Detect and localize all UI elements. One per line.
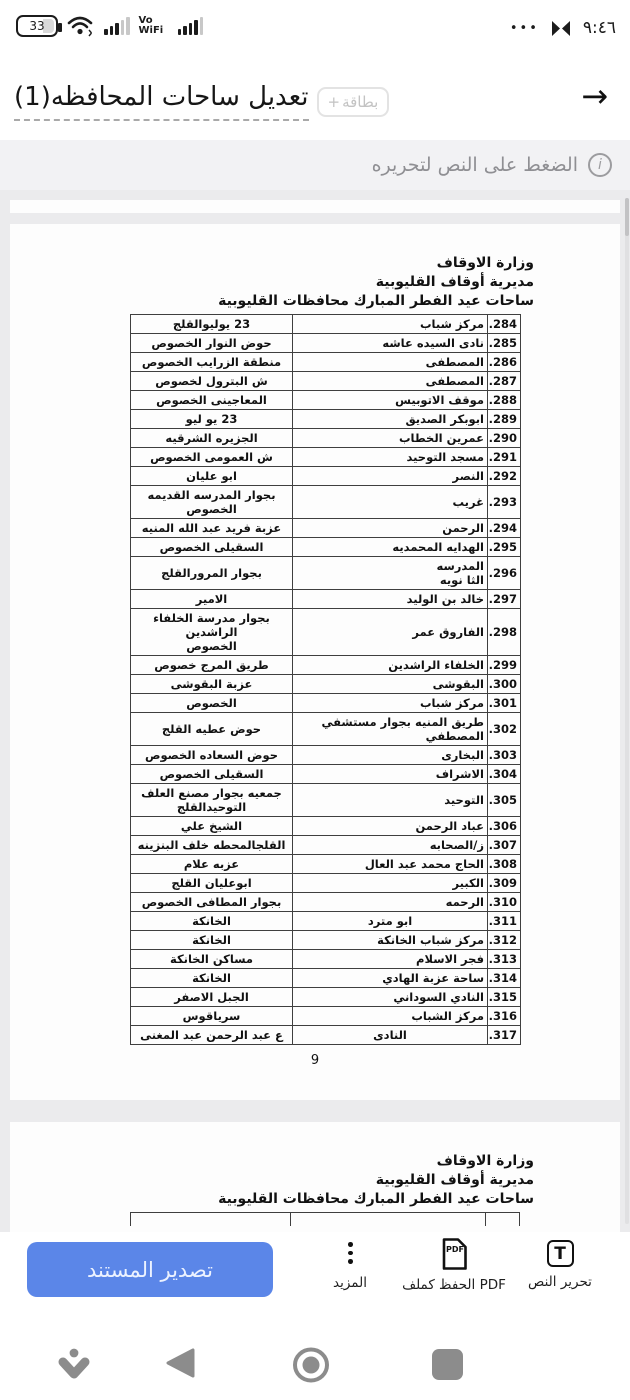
square-name-cell[interactable]: التوحيد [293,784,488,817]
square-name-cell[interactable]: عمرين الخطاب [293,429,488,448]
square-name-cell[interactable]: الرحمه [293,893,488,912]
square-name-cell[interactable]: الخلفاء الراشدين [293,656,488,675]
square-location-cell[interactable]: 23 يوليوالقلج [131,315,293,334]
table-row: 295. الهدايه المحمديه السقيلى الخصوص [131,538,521,557]
table-row: 317. النادى ع عبد الرحمن عبد المغنى [131,1026,521,1045]
square-location-cell[interactable]: الامير [131,590,293,609]
battery-level: 33 [29,19,44,33]
clock: ٩:٤٦ [583,18,616,38]
screen: 33 Vo WiFi ••• ٩:٤٦ [0,0,630,1400]
row-number-cell[interactable]: 288. [488,391,521,410]
row-number-cell[interactable]: 305. [488,784,521,817]
plus-icon: + [328,93,341,111]
back-nav-icon[interactable] [164,1347,196,1379]
card-badge-label: بطاقة [342,93,378,111]
square-location-cell[interactable]: ش البترول لخصوص [131,372,293,391]
square-name-cell[interactable]: الحاج محمد عبد العال [293,855,488,874]
table-row: 291. مسجد التوحيد ش العمومى الخصوص [131,448,521,467]
table-row: 314. ساحة عزبة الهادي الخانكة [131,969,521,988]
status-right-cluster: ••• ٩:٤٦ [510,18,616,38]
signal-bars-sim1 [104,17,130,35]
row-number-cell[interactable]: 304. [488,765,521,784]
square-name-cell[interactable]: مركز شباب الخانكة [293,931,488,950]
square-name-cell[interactable]: ابو مترد [293,912,488,931]
edit-text-button[interactable]: T تحرير النص [512,1238,608,1291]
wifi-icon [67,15,95,37]
back-arrow-icon[interactable]: → [581,80,608,112]
table-row: 285. نادى السيده عاشه حوض النوار الخصوص [131,334,521,353]
ministry-line[interactable]: وزارة الاوقاف [10,254,534,273]
svg-text:PDF: PDF [446,1245,464,1254]
square-name-cell[interactable]: مركز شباب [293,315,488,334]
square-name-cell[interactable]: النادي السوداني [293,988,488,1007]
scrollbar-thumb[interactable] [625,198,629,236]
row-number-cell[interactable]: 310. [488,893,521,912]
square-location-cell[interactable]: سرياقوس [131,1007,293,1026]
square-name-cell[interactable]: خالد بن الوليد [293,590,488,609]
square-location-cell[interactable]: بجوار المطافى الخصوص [131,893,293,912]
row-number-cell[interactable]: 289. [488,410,521,429]
row-number-cell[interactable]: 286. [488,353,521,372]
document-viewer[interactable]: وزارة الاوقاف مديرية أوقاف القليوبية ساح… [0,190,630,1232]
row-number-cell[interactable]: 287. [488,372,521,391]
row-number-cell[interactable]: 295. [488,538,521,557]
row-number-cell[interactable]: 316. [488,1007,521,1026]
row-number-cell[interactable]: 298. [488,609,521,656]
square-name-cell[interactable]: البقوشى [293,675,488,694]
square-name-cell[interactable]: غريب [293,486,488,519]
square-location-cell[interactable]: مساكن الخانكة [131,950,293,969]
row-number-cell[interactable]: 311. [488,912,521,931]
table-row: 311. ابو مترد الخانكة [131,912,521,931]
table-row: 296. المدرسه الثا نويه بجوار المرورالقلج [131,557,521,590]
square-location-cell[interactable]: ابوعليان القلج [131,874,293,893]
square-name-cell[interactable]: عباد الرحمن [293,817,488,836]
status-bar: 33 Vo WiFi ••• ٩:٤٦ [0,0,630,56]
page-8-bottom-sliver [10,200,620,213]
square-name-cell[interactable]: المصطفى [293,353,488,372]
more-label: المزيد [333,1274,367,1292]
row-number-cell[interactable]: 293. [488,486,521,519]
row-number-cell[interactable]: 300. [488,675,521,694]
square-location-cell[interactable]: السقيلى الخصوص [131,765,293,784]
document-header-lines: وزارة الاوقاف مديرية أوقاف القليوبية ساح… [10,254,620,311]
table-row: 304. الاشراف السقيلى الخصوص [131,765,521,784]
row-number-cell[interactable]: 299. [488,656,521,675]
row-number-cell[interactable]: 313. [488,950,521,969]
app-header: تعديل ساحات المحافظه(1) + بطاقة → [0,56,630,140]
table-row: 288. موقف الاتوبيس المعاجينى الخصوص [131,391,521,410]
square-location-cell[interactable]: ش العمومى الخصوص [131,448,293,467]
square-name-cell[interactable]: موقف الاتوبيس [293,391,488,410]
table-row: 284. مركز شباب 23 يوليوالقلج [131,315,521,334]
square-name-cell[interactable]: البخارى [293,746,488,765]
row-number-cell[interactable]: 301. [488,694,521,713]
square-location-cell[interactable]: حوض عطيه القلج [131,713,293,746]
ministry-line[interactable]: وزارة الاوقاف [10,1152,534,1171]
square-name-cell[interactable]: النصر [293,467,488,486]
square-name-cell[interactable]: ابوبكر الصديق [293,410,488,429]
square-location-cell[interactable]: المعاجينى الخصوص [131,391,293,410]
square-location-cell[interactable]: عزبه علام [131,855,293,874]
square-name-cell[interactable]: الهدايه المحمديه [293,538,488,557]
table-row: 312. مركز شباب الخانكة الخانكة [131,931,521,950]
square-name-cell[interactable]: الكبير [293,874,488,893]
more-button[interactable]: المزيد [306,1238,394,1292]
square-name-cell[interactable]: ز/الصحابه [293,836,488,855]
table-row: 294. الرحمن عزبة فريد عبد الله المنيه [131,519,521,538]
row-number-cell[interactable]: 314. [488,969,521,988]
table-row: 313. فجر الاسلام مساكن الخانكة [131,950,521,969]
square-location-cell[interactable]: بجوار المدرسه القديمه الخصوص [131,486,293,519]
hide-nav-icon[interactable] [56,1347,92,1381]
squares-table: 284. مركز شباب 23 يوليوالقلج 285. نادى ا… [130,314,521,1045]
square-location-cell[interactable]: الخانكة [131,931,293,950]
document-header-lines-next: وزارة الاوقاف مديرية أوقاف القليوبية ساح… [10,1152,620,1209]
row-number-cell[interactable]: 297. [488,590,521,609]
table-row: 299. الخلفاء الراشدين طريق المرج خصوص [131,656,521,675]
table-row: 301. مركز شباب الخصوص [131,694,521,713]
square-location-cell[interactable]: الجبل الاصفر [131,988,293,1007]
info-hint-text: الضغط على النص لتحريره [372,154,578,176]
square-location-cell[interactable]: عزبة البقوشى [131,675,293,694]
table-row: 297. خالد بن الوليد الامير [131,590,521,609]
pdf-file-icon: PDF [441,1238,467,1270]
row-number-cell[interactable]: 307. [488,836,521,855]
table-row: 308. الحاج محمد عبد العال عزبه علام [131,855,521,874]
vowifi-label: Vo WiFi [139,16,169,36]
table-row: 309. الكبير ابوعليان القلج [131,874,521,893]
row-number-cell[interactable]: 292. [488,467,521,486]
square-name-cell[interactable]: المدرسه الثا نويه [293,557,488,590]
square-name-cell[interactable]: الرحمن [293,519,488,538]
square-name-cell[interactable]: فجر الاسلام [293,950,488,969]
square-location-cell[interactable]: عزبة فريد عبد الله المنيه [131,519,293,538]
row-number-cell[interactable]: 303. [488,746,521,765]
row-number-cell[interactable]: 312. [488,931,521,950]
signal-bars-sim2 [178,17,204,35]
square-location-cell[interactable]: بجوار مدرسة الخلفاء الراشدين الخصوص [131,609,293,656]
directorate-line[interactable]: مديرية أوقاف القليوبية [10,273,534,292]
square-location-cell[interactable]: حوض السعاده الخصوص [131,746,293,765]
table-row: 300. البقوشى عزبة البقوشى [131,675,521,694]
save-as-pdf-button[interactable]: PDF الحفظ كملف PDF [398,1238,510,1294]
table-row: 303. البخارى حوض السعاده الخصوص [131,746,521,765]
square-location-cell[interactable]: الجزيره الشرقيه [131,429,293,448]
row-number-cell[interactable]: 302. [488,713,521,746]
table-row: 293. غريب بجوار المدرسه القديمه الخصوص [131,486,521,519]
battery-icon: 33 [16,15,58,37]
table-row: 307. ز/الصحابه القلجالمحطه خلف البنزينه [131,836,521,855]
square-location-cell[interactable]: الخانكة [131,912,293,931]
doc-subject-line[interactable]: ساحات عيد الفطر المبارك محافظات القليوبي… [10,292,534,311]
status-left-cluster: 33 Vo WiFi [16,15,203,37]
table-row: 287. المصطفى ش البترول لخصوص [131,372,521,391]
notification-overflow-dots: ••• [510,21,539,36]
page-number: 9 [10,1053,620,1068]
export-document-button[interactable]: تصدير المستند [27,1242,273,1297]
square-location-cell[interactable]: منطقة الزرايب الخصوص [131,353,293,372]
row-number-cell[interactable]: 291. [488,448,521,467]
row-number-cell[interactable]: 308. [488,855,521,874]
info-hint-bar: الضغط على النص لتحريره i [0,140,630,190]
row-number-cell[interactable]: 306. [488,817,521,836]
table-row: 316. مركز الشباب سرياقوس [131,1007,521,1026]
square-name-cell[interactable]: الفاروق عمر [293,609,488,656]
row-number-cell[interactable]: 285. [488,334,521,353]
table-row: 302. طريق المنيه بجوار مستشفي المصطفي حو… [131,713,521,746]
system-nav-bar [0,1330,630,1400]
edit-text-label: تحرير النص [528,1273,592,1291]
square-location-cell[interactable]: 23 يو ليو [131,410,293,429]
square-location-cell[interactable]: الخصوص [131,694,293,713]
directorate-line[interactable]: مديرية أوقاف القليوبية [10,1171,534,1190]
square-location-cell[interactable]: ابو عليان [131,467,293,486]
kebab-menu-icon [348,1238,353,1268]
square-location-cell[interactable]: الشيخ علي [131,817,293,836]
square-location-cell[interactable]: القلجالمحطه خلف البنزينه [131,836,293,855]
text-edit-icon: T [547,1240,574,1267]
square-location-cell[interactable]: السقيلى الخصوص [131,538,293,557]
document-title-wrap: تعديل ساحات المحافظه(1) + بطاقة [14,82,389,121]
square-name-cell[interactable]: نادى السيده عاشه [293,334,488,353]
bottom-toolbar: تصدير المستند المزيد PDF الحفظ كملف PDF … [0,1232,630,1330]
table-row: 289. ابوبكر الصديق 23 يو ليو [131,410,521,429]
square-name-cell[interactable]: مسجد التوحيد [293,448,488,467]
page-10-top-sliver: وزارة الاوقاف مديرية أوقاف القليوبية ساح… [10,1122,620,1232]
squares-table-body: 284. مركز شباب 23 يوليوالقلج 285. نادى ا… [131,315,521,1045]
square-location-cell[interactable]: ع عبد الرحمن عبد المغنى [131,1026,293,1045]
table-row: 315. النادي السوداني الجبل الاصفر [131,988,521,1007]
bowtie-notification-icon [551,20,571,37]
row-number-cell[interactable]: 284. [488,315,521,334]
row-number-cell[interactable]: 294. [488,519,521,538]
row-number-cell[interactable]: 315. [488,988,521,1007]
row-number-cell[interactable]: 317. [488,1026,521,1045]
row-number-cell[interactable]: 296. [488,557,521,590]
table-row: 306. عباد الرحمن الشيخ علي [131,817,521,836]
square-name-cell[interactable]: المصطفى [293,372,488,391]
scrollbar-track [625,198,629,1224]
row-number-cell[interactable]: 309. [488,874,521,893]
square-name-cell[interactable]: مركز الشباب [293,1007,488,1026]
home-nav-icon[interactable] [292,1347,330,1383]
square-location-cell[interactable]: طريق المرج خصوص [131,656,293,675]
square-location-cell[interactable]: بجوار المرورالقلج [131,557,293,590]
table-row: 305. التوحيد جمعيه بجوار مصنع العلف التو… [131,784,521,817]
row-number-cell[interactable]: 290. [488,429,521,448]
square-location-cell[interactable]: حوض النوار الخصوص [131,334,293,353]
table-row: 292. النصر ابو عليان [131,467,521,486]
square-name-cell[interactable]: الاشراف [293,765,488,784]
table-row: 298. الفاروق عمر بجوار مدرسة الخلفاء الر… [131,609,521,656]
square-location-cell[interactable]: الخانكة [131,969,293,988]
table-row: 310. الرحمه بجوار المطافى الخصوص [131,893,521,912]
card-badge-chip[interactable]: + بطاقة [317,87,390,117]
page-9: وزارة الاوقاف مديرية أوقاف القليوبية ساح… [10,224,620,1100]
square-name-cell[interactable]: مركز شباب [293,694,488,713]
square-location-cell[interactable]: جمعيه بجوار مصنع العلف التوحيدالقلج [131,784,293,817]
square-name-cell[interactable]: النادى [293,1026,488,1045]
next-table-top-edge [130,1212,520,1226]
document-title[interactable]: تعديل ساحات المحافظه(1) [14,82,309,121]
info-icon: i [588,153,612,177]
table-row: 290. عمرين الخطاب الجزيره الشرقيه [131,429,521,448]
table-row: 286. المصطفى منطقة الزرايب الخصوص [131,353,521,372]
save-as-pdf-label: الحفظ كملف PDF [402,1276,506,1294]
recents-nav-icon[interactable] [432,1349,463,1380]
square-name-cell[interactable]: ساحة عزبة الهادي [293,969,488,988]
square-name-cell[interactable]: طريق المنيه بجوار مستشفي المصطفي [293,713,488,746]
doc-subject-line[interactable]: ساحات عيد الفطر المبارك محافظات القليوبي… [10,1190,534,1209]
